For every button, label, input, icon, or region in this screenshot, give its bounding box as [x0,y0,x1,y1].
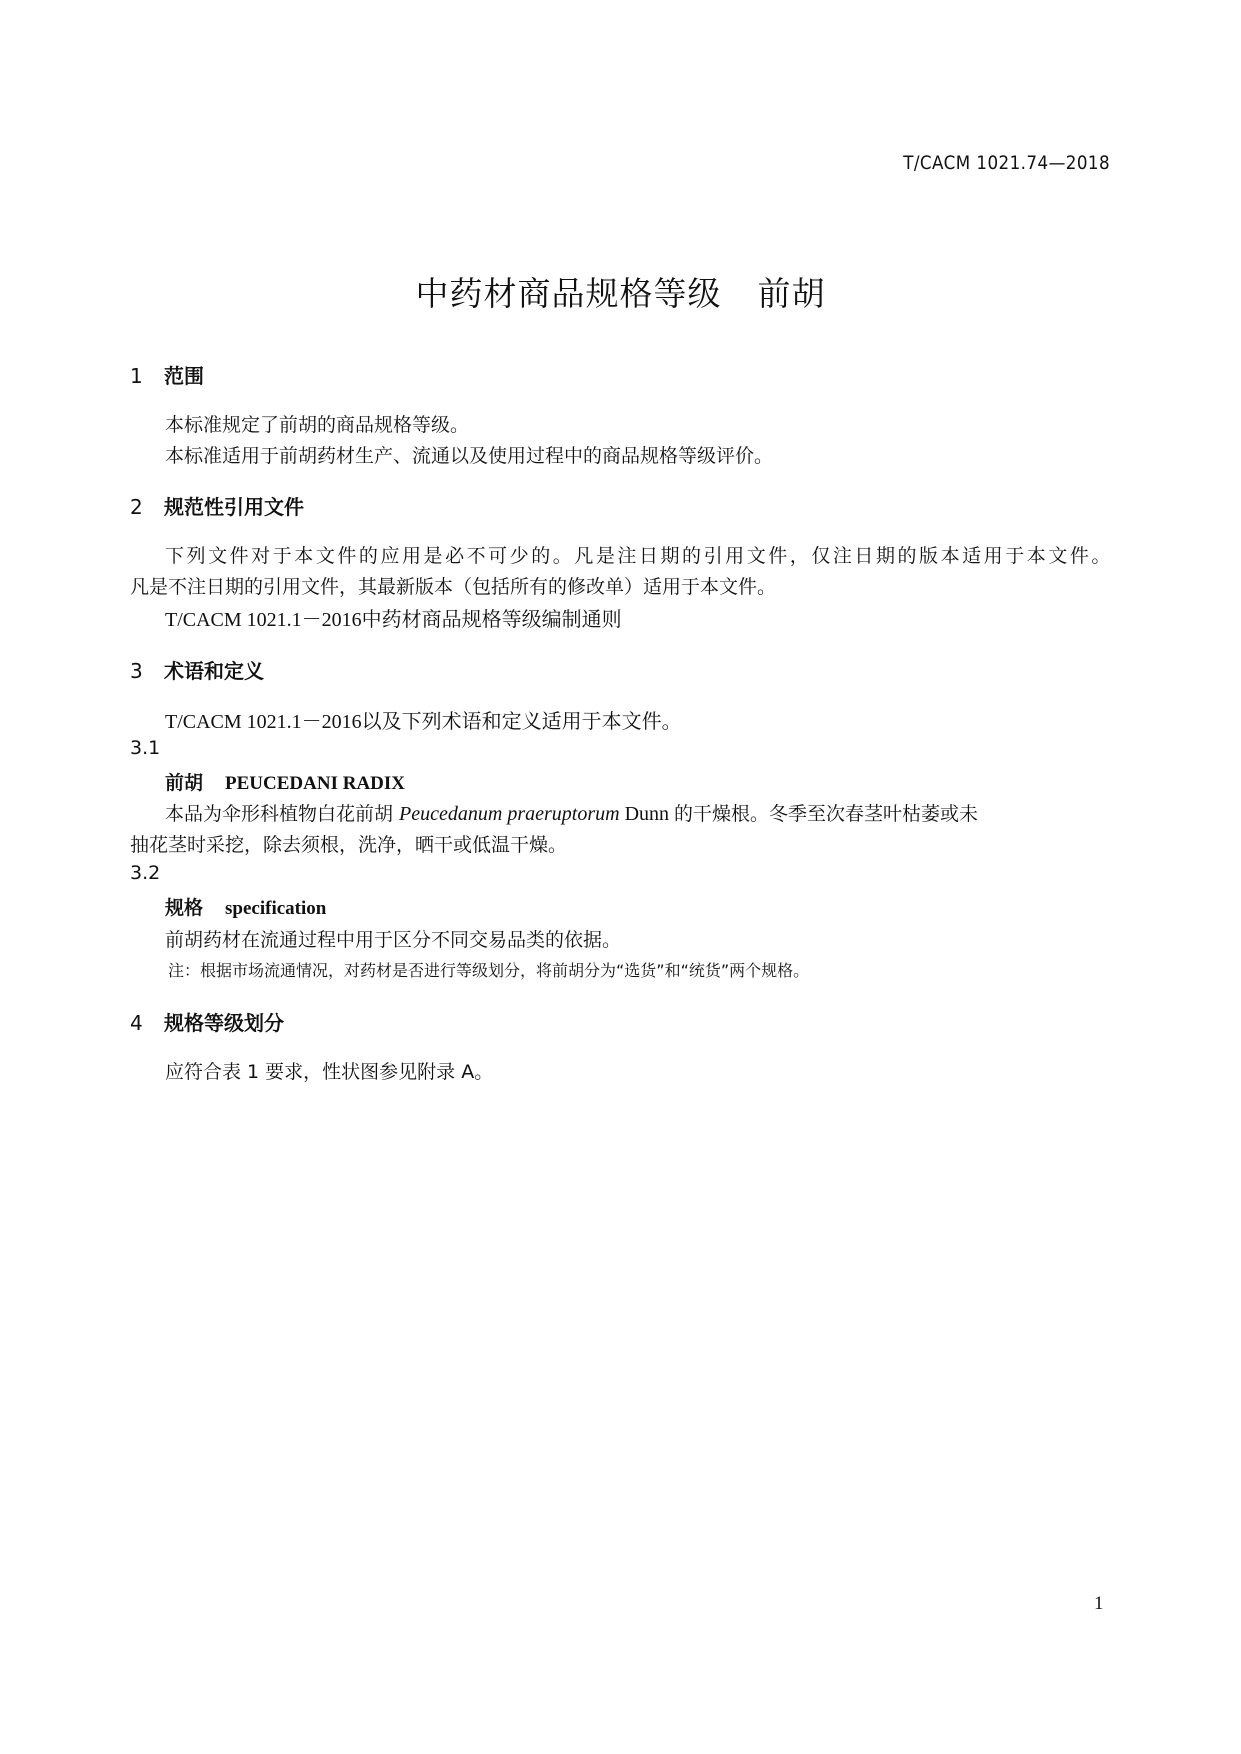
section-4-heading: 4规格等级划分 [130,1007,284,1036]
section-1-paragraph-2: 本标准适用于前胡药材生产、流通以及使用过程中的商品规格等级评价。 [165,441,773,468]
section-2-reference: T/CACM 1021.1－2016中药材商品规格等级编制通则 [165,603,622,632]
term-3-2-number: 3.2 [130,862,160,884]
section-2-paragraph-1: 下列文件对于本文件的应用是必不可少的。凡是注日期的引用文件，仅注日期的版本适用于… [165,541,1110,568]
term-3-2-note: 注：根据市场流通情况，对药材是否进行等级划分，将前胡分为“选货”和“统货”两个规… [168,958,809,981]
term-3-1-title: 前胡PEUCEDANI RADIX [165,768,405,795]
term-3-1-definition-line-1: 本品为伞形科植物白花前胡 Peucedanum praeruptorum Dun… [165,799,978,826]
section-3-heading: 3术语和定义 [130,655,264,684]
term-3-2-title: 规格specification [165,893,326,920]
section-2-heading: 2规范性引用文件 [130,491,304,520]
term-3-2-definition: 前胡药材在流通过程中用于区分不同交易品类的依据。 [165,925,621,952]
page-number: 1 [1094,1593,1104,1615]
title-main: 中药材商品规格等级 [416,274,722,313]
document-title: 中药材商品规格等级前胡 [0,268,1241,315]
document-page: T/CACM 1021.74—2018 中药材商品规格等级前胡 1范围 本标准规… [0,0,1241,1754]
term-3-1-number: 3.1 [130,737,160,759]
section-2-paragraph-2: 凡是不注日期的引用文件，其最新版本（包括所有的修改单）适用于本文件。 [130,572,776,599]
section-1-paragraph-1: 本标准规定了前胡的商品规格等级。 [165,410,469,437]
latin-name: Peucedanum praeruptorum [399,803,620,825]
section-4-paragraph-1: 应符合表 1 要求，性状图参见附录 A。 [165,1057,493,1084]
term-3-1-definition-line-2: 抽花茎时采挖，除去须根，洗净，晒干或低温干燥。 [130,830,567,857]
title-sub: 前胡 [758,274,826,313]
section-1-heading: 1范围 [130,360,204,389]
section-3-paragraph-1: T/CACM 1021.1－2016以及下列术语和定义适用于本文件。 [165,705,682,734]
document-code: T/CACM 1021.74—2018 [903,152,1110,174]
